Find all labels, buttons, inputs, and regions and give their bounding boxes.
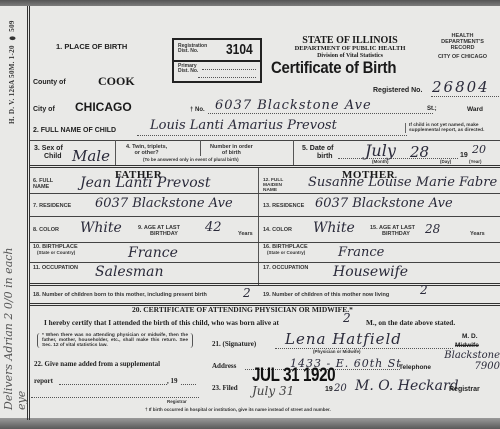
registered-no-line xyxy=(431,96,499,97)
primary-dist-field xyxy=(202,69,256,70)
document-title: Certificate of Birth xyxy=(271,58,396,78)
column-divider xyxy=(258,168,259,286)
father-birthplace-value: France xyxy=(128,245,178,261)
mother-birthplace-label: 16. BIRTHPLACE(State or Country) xyxy=(263,245,308,255)
father-name-label: 6. FULLNAME xyxy=(33,179,53,191)
mother-color-value: White xyxy=(313,220,355,236)
union-label-icon: ⬬ xyxy=(8,33,16,40)
mother-years-label: Years xyxy=(470,232,485,238)
filed-year: 20 xyxy=(334,383,347,394)
ward-label: Ward xyxy=(467,106,483,113)
father-years-label: Years xyxy=(238,232,253,238)
mother-age-value: 28 xyxy=(425,222,440,236)
dob-century: 19 xyxy=(460,152,468,159)
certify-text-end: M., on the date above stated. xyxy=(366,318,455,327)
mother-color-label: 14. COLOR xyxy=(263,228,292,234)
divider xyxy=(30,140,500,141)
telephone-label: Telephone xyxy=(399,364,431,371)
divider xyxy=(258,193,500,194)
hospital-note: † If birth occurred in hospital or insti… xyxy=(145,408,331,413)
mother-name-value: Susanne Louise Marie Fabre xyxy=(308,175,497,190)
report-label: report xyxy=(34,377,53,385)
divider xyxy=(258,216,500,217)
year-caption: (Year) xyxy=(469,160,482,165)
mother-age-label: 15. AGE AT LASTBIRTHDAY xyxy=(370,226,415,238)
supplemental-label: 22. Give name added from a supplemental xyxy=(34,360,160,368)
birth-order-label: Number in orderof birth xyxy=(210,145,253,157)
primary-dist-label: PrimaryDist. No. xyxy=(178,64,198,75)
divider xyxy=(115,140,116,165)
primary-dist-field-2 xyxy=(198,77,256,78)
dob-year: 20 xyxy=(472,143,486,156)
children-born-value: 2 xyxy=(243,286,251,300)
divider xyxy=(200,140,201,156)
handwritten-margin-note: Delivers Adrian 2 0/0 in each eye xyxy=(2,230,22,410)
father-color-value: White xyxy=(80,220,122,236)
registration-box: RegistrationDist. No. 3104 PrimaryDist. … xyxy=(172,38,262,83)
month-caption: (Month) xyxy=(372,160,389,165)
father-occupation-label: 11. OCCUPATION xyxy=(33,266,78,272)
registered-no-value: 26804 xyxy=(432,78,490,96)
telephone-value: Blackstone 7900 xyxy=(438,350,500,372)
father-color-label: 8. COLOR xyxy=(33,228,59,234)
signature-caption: (Physician or Midwife) xyxy=(313,350,361,355)
divider xyxy=(30,242,258,243)
father-name-value: Jean Lanti Prevost xyxy=(80,175,210,191)
divider xyxy=(30,165,500,168)
certificate-heading: 20. CERTIFICATE OF ATTENDING PHYSICIAN O… xyxy=(132,305,353,314)
father-birthplace-label: 10. BIRTHPLACE(State or Country) xyxy=(33,245,78,255)
divider xyxy=(30,262,258,263)
registrar-signature: M. O. Heckard xyxy=(355,378,459,394)
form-code-text: H. D. V. 126A 50M. 1-20 xyxy=(8,45,16,124)
child-name-label: 2. FULL NAME OF CHILD xyxy=(33,127,116,134)
day-caption: (Day) xyxy=(440,160,451,165)
scan-bottom-edge xyxy=(0,418,500,429)
signature-line xyxy=(275,348,453,349)
divider xyxy=(293,140,294,165)
mother-birthplace-value: France xyxy=(338,245,384,260)
plural-birth-note: (To be answered only in event of plural … xyxy=(143,158,239,163)
form-number: 509 xyxy=(8,20,16,31)
filed-century: 19 xyxy=(325,386,333,393)
father-residence-value: 6037 Blackstone Ave xyxy=(95,196,233,211)
children-born-label: 18. Number of children born to this moth… xyxy=(33,293,207,299)
registration-dist-no: 3104 xyxy=(226,41,253,58)
father-occupation-value: Salesman xyxy=(95,264,164,280)
certify-text: I hereby certify that I attended the bir… xyxy=(44,318,279,327)
margin-rule xyxy=(27,6,30,420)
report-year-label: , 19 xyxy=(167,377,178,385)
child-name-value: Louis Lanti Amarius Prevost xyxy=(150,118,337,133)
mother-occupation-value: Housewife xyxy=(333,264,408,280)
divider xyxy=(30,193,258,194)
no-physician-footnote: * When there was no attending physician … xyxy=(37,333,193,348)
divider xyxy=(30,216,258,217)
department-name: DEPARTMENT OF PUBLIC HEALTH xyxy=(270,46,430,53)
county-label: County of xyxy=(33,79,66,86)
county-value: COOK xyxy=(98,74,135,89)
sex-value: Male xyxy=(72,147,110,165)
city-label: City of xyxy=(33,106,55,113)
report-name-field xyxy=(59,384,167,385)
health-record-header: HEALTH DEPARTMENT'S RECORD CITY OF CHICA… xyxy=(425,34,500,61)
address-label: Address xyxy=(212,362,236,370)
filed-label: 23. Filed xyxy=(212,384,238,392)
mother-name-label: 12. FULLMAIDENNAME xyxy=(263,178,283,193)
divider xyxy=(258,262,500,263)
mother-residence-label: 13. RESIDENCE xyxy=(263,204,304,210)
street-line xyxy=(208,113,433,114)
children-living-value: 2 xyxy=(420,283,428,297)
sex-label: 3. Sex ofChild xyxy=(34,145,63,161)
state-header: STATE OF ILLINOIS DEPARTMENT OF PUBLIC H… xyxy=(270,35,430,59)
children-living-label: 19. Number of children of this mother no… xyxy=(263,293,389,299)
report-year-field xyxy=(181,384,196,385)
signature-label: 21. (Signature) xyxy=(212,340,256,348)
divider xyxy=(30,283,500,286)
registrar-label: Registrar xyxy=(449,386,480,393)
midwife-label: Midwife xyxy=(455,342,479,349)
name-note: If child is not yet named, make suppleme… xyxy=(405,123,500,133)
street-no-label: † No. xyxy=(190,107,205,113)
physician-signature: Lena Hatfield xyxy=(285,330,402,348)
birth-time-value: 2 xyxy=(343,311,351,325)
registrar-caption: Registrar xyxy=(167,400,187,405)
registered-no-label: Registered No. xyxy=(373,87,422,94)
filed-date-stamp: JUL 31 1920 xyxy=(252,365,335,387)
divider xyxy=(258,242,500,243)
father-residence-label: 7. RESIDENCE xyxy=(33,204,71,210)
dob-label: 5. Date ofbirth xyxy=(302,145,334,161)
md-label: M. D. xyxy=(462,333,478,340)
registrar-field xyxy=(31,397,199,398)
st-label: St.; xyxy=(427,106,437,112)
mother-residence-value: 6037 Blackstone Ave xyxy=(315,196,453,211)
registration-label: RegistrationDist. No. xyxy=(178,44,207,55)
father-age-value: 42 xyxy=(205,220,222,235)
city-value: CHICAGO xyxy=(75,100,132,114)
father-age-label: 9. AGE AT LASTBIRTHDAY xyxy=(138,226,180,238)
mother-occupation-label: 17. OCCUPATION xyxy=(263,266,308,272)
twin-label: 4. Twin, triplets,or other? xyxy=(126,145,167,157)
child-name-line xyxy=(137,135,407,136)
place-of-birth-label: 1. PLACE OF BIRTH xyxy=(56,42,127,51)
street-address-value: 6037 Blackstone Ave xyxy=(215,98,372,113)
